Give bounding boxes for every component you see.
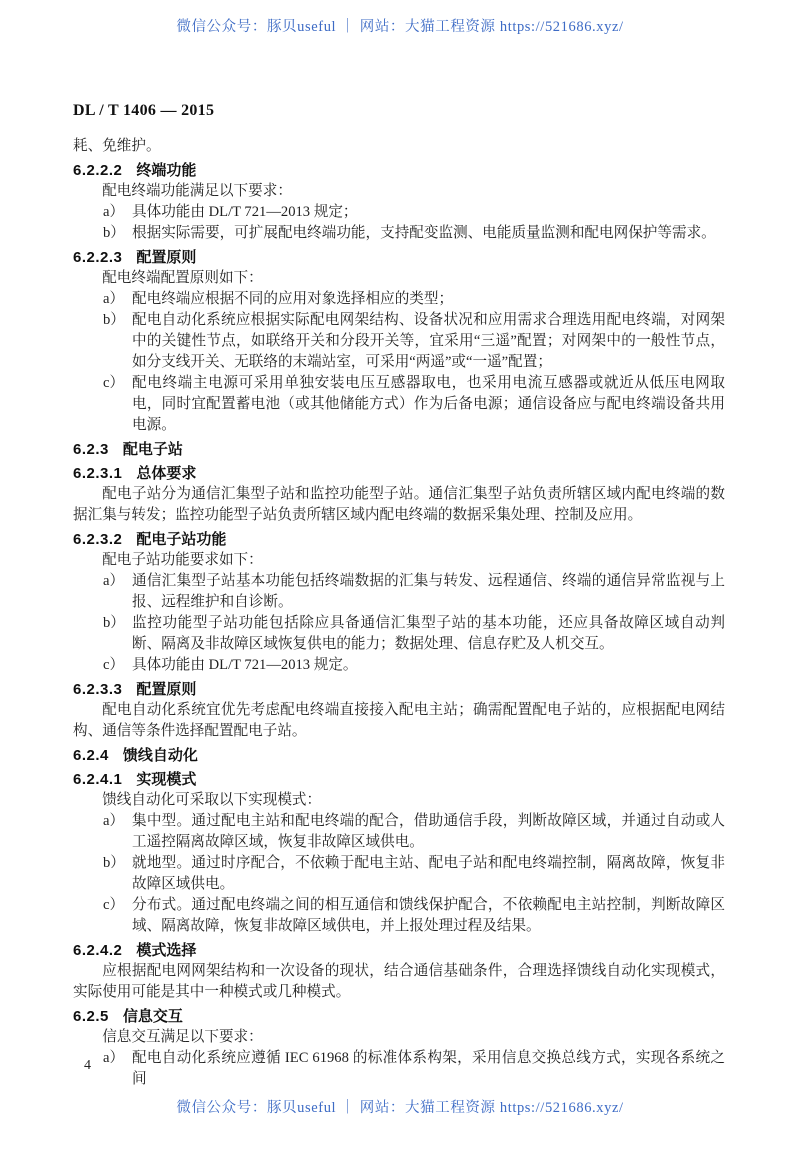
list-item-label: a） <box>103 289 124 310</box>
list-item-label: b） <box>103 223 125 244</box>
list-item-text: 就地型。通过时序配合，不依赖于配电主站、配电子站和配电终端控制，隔离故障，恢复非… <box>132 855 725 892</box>
list-item: a）具体功能由 DL/T 721—2013 规定； <box>73 202 725 223</box>
list-item: a）通信汇集型子站基本功能包括终端数据的汇集与转发、远程通信、终端的通信异常监视… <box>73 571 725 613</box>
section-title: 配电子站 <box>123 441 183 458</box>
footer-watermark: 微信公众号：豚贝useful ｜ 网站：大猫工程资源 https://52168… <box>0 1096 800 1117</box>
list-item-text: 监控功能型子站功能包括除应具备通信汇集型子站的基本功能，还应具备故障区域自动判断… <box>132 615 725 652</box>
list-item-text: 配电终端应根据不同的应用对象选择相应的类型； <box>132 291 453 307</box>
list-item: c）具体功能由 DL/T 721—2013 规定。 <box>73 655 725 676</box>
paragraph: 信息交互满足以下要求： <box>73 1027 725 1048</box>
paragraph: 馈线自动化可采取以下实现模式： <box>73 790 725 811</box>
section-heading-6-2-5: 6.2.5信息交互 <box>73 1006 725 1027</box>
list-item-text: 具体功能由 DL/T 721—2013 规定。 <box>132 657 358 673</box>
list-item-text: 通信汇集型子站基本功能包括终端数据的汇集与转发、远程通信、终端的通信异常监视与上… <box>132 573 725 610</box>
section-title: 馈线自动化 <box>123 747 198 764</box>
list-item-label: a） <box>103 811 124 832</box>
section-number: 6.2.4 <box>73 747 109 764</box>
section-heading-6-2-4-1: 6.2.4.1实现模式 <box>73 769 725 790</box>
section-heading-6-2-3-1: 6.2.3.1总体要求 <box>73 463 725 484</box>
section-title: 总体要求 <box>136 465 196 482</box>
section-title: 信息交互 <box>123 1008 183 1025</box>
section-number: 6.2.4.1 <box>73 771 122 788</box>
list-item-text: 配电自动化系统应遵循 IEC 61968 的标准体系构架，采用信息交换总线方式，… <box>132 1050 725 1087</box>
paragraph: 配电终端配置原则如下： <box>73 268 725 289</box>
list-item-text: 配电终端主电源可采用单独安装电压互感器取电，也采用电流互感器或就近从低压电网取电… <box>132 375 725 433</box>
section-heading-6-2-3-2: 6.2.3.2配电子站功能 <box>73 529 725 550</box>
page-number: 4 <box>84 1058 91 1074</box>
section-number: 6.2.2.2 <box>73 162 122 179</box>
paragraph: 配电终端功能满足以下要求： <box>73 181 725 202</box>
list-item-text: 配电自动化系统应根据实际配电网架结构、设备状况和应用需求合理选用配电终端，对网架… <box>132 312 725 370</box>
list-item-text: 分布式。通过配电终端之间的相互通信和馈线保护配合，不依赖配电主站控制，判断故障区… <box>132 897 725 934</box>
section-title: 实现模式 <box>136 771 196 788</box>
list-item: b）根据实际需要，可扩展配电终端功能，支持配变监测、电能质量监测和配电网保护等需… <box>73 223 725 244</box>
section-number: 6.2.5 <box>73 1008 109 1025</box>
list-item-label: a） <box>103 1048 124 1069</box>
section-number: 6.2.3 <box>73 441 109 458</box>
document-page: 微信公众号：豚贝useful ｜ 网站：大猫工程资源 https://52168… <box>0 0 800 1150</box>
list-item: c）配电终端主电源可采用单独安装电压互感器取电，也采用电流互感器或就近从低压电网… <box>73 373 725 436</box>
paragraph: 配电自动化系统宜优先考虑配电终端直接接入配电主站；确需配置配电子站的，应根据配电… <box>73 700 725 742</box>
section-number: 6.2.4.2 <box>73 942 122 959</box>
header-watermark: 微信公众号：豚贝useful ｜ 网站：大猫工程资源 https://52168… <box>0 15 800 36</box>
paragraph: 应根据配电网网架结构和一次设备的现状，结合通信基础条件，合理选择馈线自动化实现模… <box>73 961 725 1003</box>
list-item-label: c） <box>103 373 124 394</box>
section-title: 配置原则 <box>136 681 196 698</box>
section-title: 配置原则 <box>136 249 196 266</box>
section-title: 配电子站功能 <box>136 531 226 548</box>
list-item-label: c） <box>103 655 124 676</box>
list-item-label: a） <box>103 571 124 592</box>
list-item-text: 根据实际需要，可扩展配电终端功能，支持配变监测、电能质量监测和配电网保护等需求。 <box>132 225 716 241</box>
list-item: a）集中型。通过配电主站和配电终端的配合，借助通信手段，判断故障区域，并通过自动… <box>73 811 725 853</box>
list-item: b）配电自动化系统应根据实际配电网架结构、设备状况和应用需求合理选用配电终端，对… <box>73 310 725 373</box>
section-number: 6.2.3.1 <box>73 465 122 482</box>
section-title: 终端功能 <box>136 162 196 179</box>
page-body: 耗、免维护。 6.2.2.2终端功能 配电终端功能满足以下要求： a）具体功能由… <box>73 136 725 1090</box>
section-number: 6.2.3.3 <box>73 681 122 698</box>
continuation-line: 耗、免维护。 <box>73 136 725 157</box>
section-heading-6-2-4: 6.2.4馈线自动化 <box>73 745 725 766</box>
list-item: c）分布式。通过配电终端之间的相互通信和馈线保护配合，不依赖配电主站控制，判断故… <box>73 895 725 937</box>
list-item-text: 集中型。通过配电主站和配电终端的配合，借助通信手段，判断故障区域，并通过自动或人… <box>132 813 725 850</box>
list-item: b）监控功能型子站功能包括除应具备通信汇集型子站的基本功能，还应具备故障区域自动… <box>73 613 725 655</box>
section-heading-6-2-2-3: 6.2.2.3配置原则 <box>73 247 725 268</box>
section-number: 6.2.2.3 <box>73 249 122 266</box>
section-heading-6-2-2-2: 6.2.2.2终端功能 <box>73 160 725 181</box>
section-heading-6-2-3-3: 6.2.3.3配置原则 <box>73 679 725 700</box>
section-heading-6-2-3: 6.2.3配电子站 <box>73 439 725 460</box>
section-heading-6-2-4-2: 6.2.4.2模式选择 <box>73 940 725 961</box>
list-item: a）配电自动化系统应遵循 IEC 61968 的标准体系构架，采用信息交换总线方… <box>73 1048 725 1090</box>
list-item-label: b） <box>103 853 125 874</box>
list-item: a）配电终端应根据不同的应用对象选择相应的类型； <box>73 289 725 310</box>
list-item-label: b） <box>103 310 125 331</box>
list-item-label: c） <box>103 895 124 916</box>
paragraph: 配电子站分为通信汇集型子站和监控功能型子站。通信汇集型子站负责所辖区域内配电终端… <box>73 484 725 526</box>
paragraph: 配电子站功能要求如下： <box>73 550 725 571</box>
list-item: b）就地型。通过时序配合，不依赖于配电主站、配电子站和配电终端控制，隔离故障，恢… <box>73 853 725 895</box>
section-title: 模式选择 <box>136 942 196 959</box>
list-item-text: 具体功能由 DL/T 721—2013 规定； <box>132 204 358 220</box>
list-item-label: b） <box>103 613 125 634</box>
list-item-label: a） <box>103 202 124 223</box>
section-number: 6.2.3.2 <box>73 531 122 548</box>
standard-number: DL / T 1406 — 2015 <box>73 102 214 120</box>
